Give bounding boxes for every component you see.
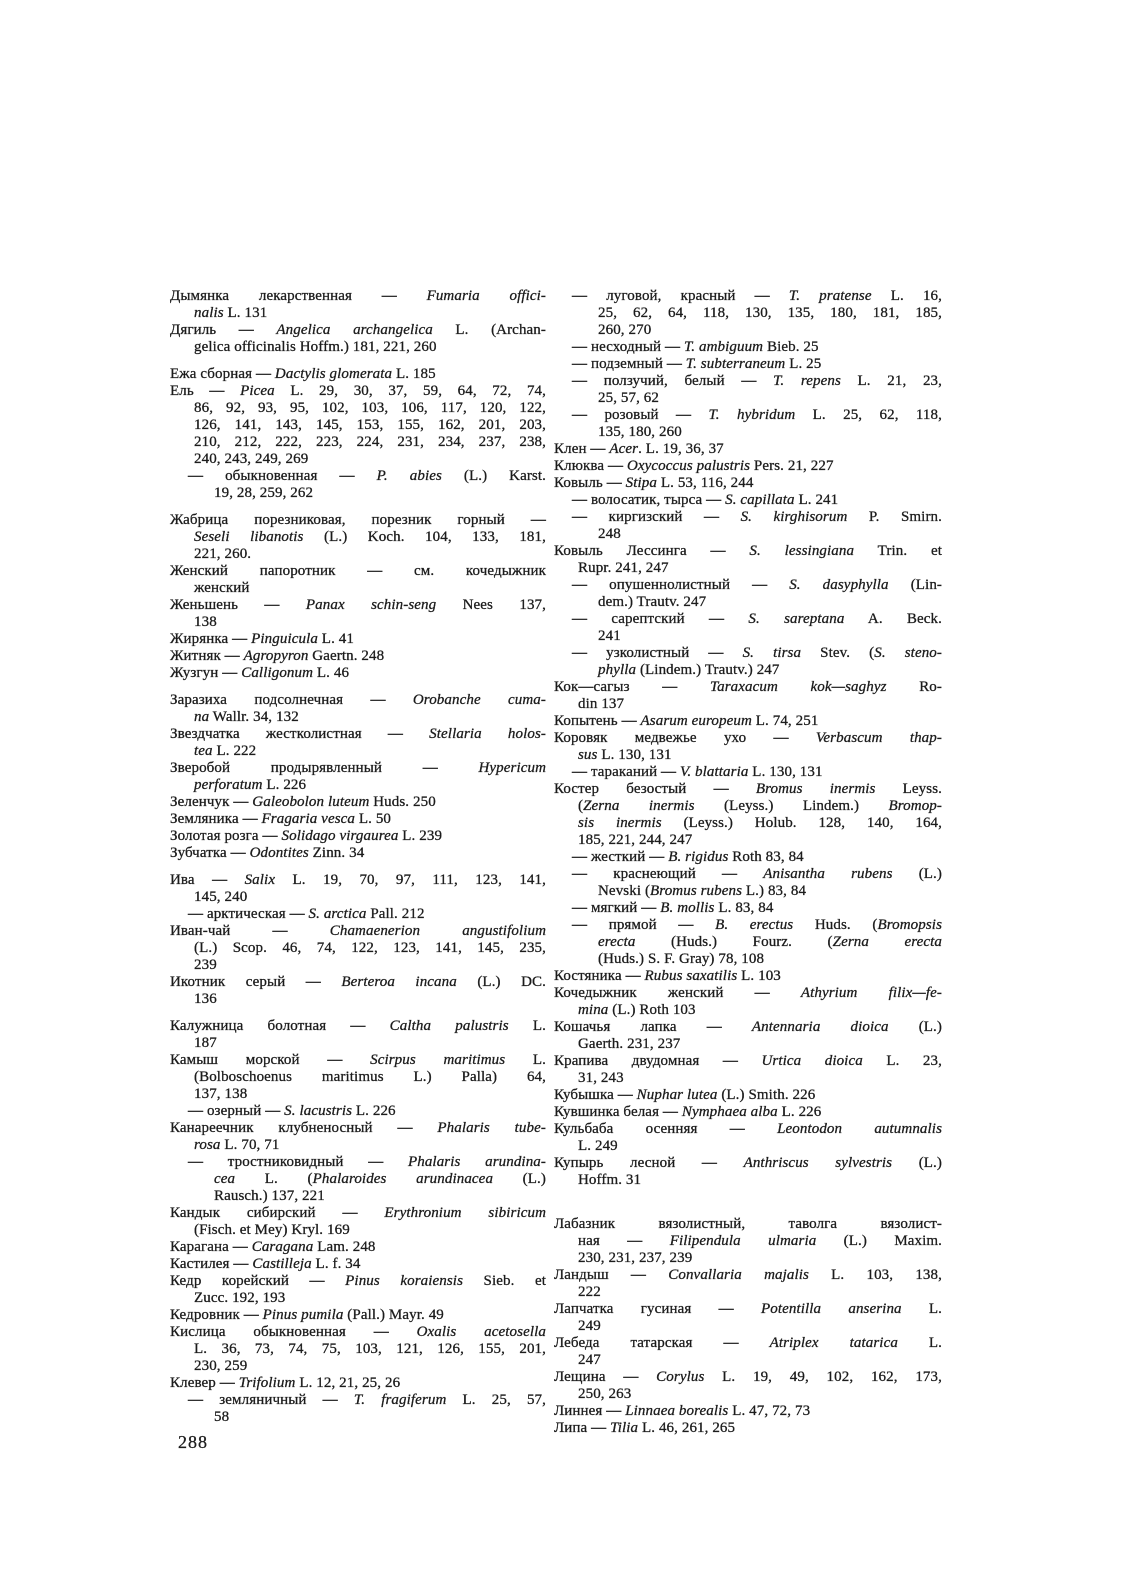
cyrillic-text: Клен — <box>554 441 609 457</box>
cyrillic-text: (Lindem.) Trautv.) 247 <box>636 662 779 678</box>
index-entry-line: Клюква — Oxycoccus palustris Pers. 21, 2… <box>554 458 942 475</box>
cyrillic-text: Клюква — <box>554 458 627 474</box>
index-subentry-line: — узколистный — S. tirsa Stev. (S. steno… <box>554 645 942 662</box>
latin-name-text: nalis <box>194 305 224 321</box>
cyrillic-text: Ковыль — <box>554 475 626 491</box>
cyrillic-text: — прямой — <box>572 917 715 933</box>
cyrillic-text: (Huds.) Fourz. ( <box>636 934 833 950</box>
cyrillic-text: 230, 231, 237, 239 <box>578 1250 692 1266</box>
index-column-left: Дымянка лекарственная — Fumaria offici-n… <box>170 288 546 1437</box>
index-subentry-continuation-line: 58 <box>170 1409 546 1426</box>
cyrillic-text: L. 25, 57, <box>446 1392 546 1408</box>
cyrillic-text: L. 131 <box>224 305 268 321</box>
index-entry-line: Ежа сборная — Dactylis glomerata L. 185 <box>170 366 546 383</box>
cyrillic-text: 239 <box>194 957 217 973</box>
cyrillic-text: (Leyss.) Holub. 128, 140, 164, <box>662 815 942 831</box>
cyrillic-text: gelica officinalis Hoffm.) 181, 221, 260 <box>194 339 437 355</box>
latin-name-text: Leontodon autumnalis <box>777 1121 942 1137</box>
cyrillic-text: (L.) Karst. <box>442 468 546 484</box>
cyrillic-text: Кульбаба осенняя — <box>554 1121 777 1137</box>
index-entry-line: Костер безостый — Bromus inermis Leyss. <box>554 781 942 798</box>
index-entry-line: Зеленчук — Galeobolon luteum Huds. 250 <box>170 794 546 811</box>
index-continuation-line: (Bolboschoenus maritimus L.) Palla) 64, <box>170 1069 546 1086</box>
index-entry-line: Камыш морской — Scirpus maritimus L. <box>170 1052 546 1069</box>
latin-name-text: Angelica archangelica <box>276 322 432 338</box>
latin-name-text: T. subterraneum <box>686 356 786 372</box>
index-continuation-line: 86, 92, 93, 95, 102, 103, 106, 117, 120,… <box>170 400 546 417</box>
index-continuation-line: ная — Filipendula ulmaria (L.) Maxim. <box>554 1233 942 1250</box>
cyrillic-text: Trin. et <box>854 543 942 559</box>
cyrillic-text: — сарептский — <box>572 611 748 627</box>
index-subentry-continuation-line: Nevski (Bromus rubens L.) 83, 84 <box>554 883 942 900</box>
index-continuation-line: 222 <box>554 1284 942 1301</box>
index-continuation-line: 247 <box>554 1352 942 1369</box>
cyrillic-text: L. 50 <box>355 811 391 827</box>
cyrillic-text: Жабрица порезниковая, порезник горный — <box>170 512 546 528</box>
index-subentry-line: — розовый — T. hybridum L. 25, 62, 118, <box>554 407 942 424</box>
index-subentry-line: — озерный — S. lacustris L. 226 <box>170 1103 546 1120</box>
index-continuation-line: tea L. 222 <box>170 743 546 760</box>
latin-name-text: Bromus rubens <box>650 883 742 899</box>
cyrillic-text: L. <box>505 1052 546 1068</box>
index-continuation-line: 230, 259 <box>170 1358 546 1375</box>
cyrillic-text: 241 <box>598 628 621 644</box>
cyrillic-text: — тростниковидный — <box>188 1154 408 1170</box>
index-entry-line: Женский папоротник — см. кочедыжник <box>170 563 546 580</box>
cyrillic-text: 86, 92, 93, 95, 102, 103, 106, 117, 120,… <box>194 400 546 416</box>
cyrillic-text: Зубчатка — <box>170 845 250 861</box>
index-continuation-line: 31, 243 <box>554 1070 942 1087</box>
cyrillic-text: Ковыль Лессинга — <box>554 543 749 559</box>
index-entry-line: Крапива двудомная — Urtica dioica L. 23, <box>554 1053 942 1070</box>
latin-name-text: Rubus saxatilis <box>645 968 738 984</box>
index-entry-line: Линнея — Linnaea borealis L. 47, 72, 73 <box>554 1403 942 1420</box>
cyrillic-text: — несходный — <box>572 339 684 355</box>
latin-name-text: erecta <box>598 934 636 950</box>
cyrillic-text: 221, 260. <box>194 546 251 562</box>
latin-name-text: Erythronium sibiricum <box>384 1205 546 1221</box>
index-continuation-line: 185, 221, 244, 247 <box>554 832 942 849</box>
cyrillic-text: (L.) <box>892 1155 942 1171</box>
cyrillic-text: Ива — <box>170 872 245 888</box>
latin-name-text: mina <box>578 1002 608 1018</box>
cyrillic-text: 222 <box>578 1284 601 1300</box>
cyrillic-text: L. 36, 73, 74, 75, 103, 121, 126, 155, 2… <box>194 1341 546 1357</box>
index-continuation-line: sus L. 130, 131 <box>554 747 942 764</box>
index-entry-line: Ива — Salix L. 19, 70, 97, 111, 123, 141… <box>170 872 546 889</box>
index-subentry-continuation-line: 25, 62, 64, 118, 130, 135, 180, 181, 185… <box>554 305 942 322</box>
cyrillic-text: L. <box>898 1335 942 1351</box>
cyrillic-text: Купырь лесной — <box>554 1155 744 1171</box>
cyrillic-text: 25, 57, 62 <box>598 390 659 406</box>
cyrillic-text: (Pall.) Mayr. 49 <box>343 1307 443 1323</box>
cyrillic-text: Земляника — <box>170 811 262 827</box>
index-subentry-line: — тараканий — V. blattaria L. 130, 131 <box>554 764 942 781</box>
index-continuation-line: 249 <box>554 1318 942 1335</box>
cyrillic-text: — киргизский — <box>572 509 741 525</box>
latin-name-text: Verbascum thap- <box>816 730 942 746</box>
cyrillic-text: Женский папоротник — см. кочедыжник <box>170 563 546 579</box>
cyrillic-text: (Bolboschoenus maritimus L.) Palla) 64, <box>194 1069 546 1085</box>
index-entry-line: Золотая розга — Solidago virgaurea L. 23… <box>170 828 546 845</box>
cyrillic-text: L. 47, 72, 73 <box>728 1403 810 1419</box>
index-continuation-line: 240, 243, 249, 269 <box>170 451 546 468</box>
index-subentry-line: — краснеющий — Anisantha rubens (L.) <box>554 866 942 883</box>
index-continuation-line: Zucc. 192, 193 <box>170 1290 546 1307</box>
cyrillic-text: Lam. 248 <box>313 1239 375 1255</box>
cyrillic-text: L. 70, 71 <box>221 1137 280 1153</box>
index-continuation-line: rosa L. 70, 71 <box>170 1137 546 1154</box>
index-continuation-line: L. 36, 73, 74, 75, 103, 121, 126, 155, 2… <box>170 1341 546 1358</box>
index-subentry-continuation-line: phylla (Lindem.) Trautv.) 247 <box>554 662 942 679</box>
cyrillic-text: Иван-чай — <box>170 923 330 939</box>
latin-name-text: Seseli libanotis <box>194 529 304 545</box>
cyrillic-text: Канареечник клубненосный — <box>170 1120 437 1136</box>
cyrillic-text: L. 226 <box>778 1104 822 1120</box>
cyrillic-text: L. 222 <box>213 743 257 759</box>
index-subentry-line: — киргизский — S. kirghisorum P. Smirn. <box>554 509 942 526</box>
latin-name-text: P. abies <box>377 468 442 484</box>
latin-name-text: Zerna erecta <box>833 934 942 950</box>
latin-name-text: Caltha palustris <box>390 1018 509 1034</box>
latin-name-text: S. sareptana <box>748 611 844 627</box>
latin-name-text: Anthriscus sylvestris <box>744 1155 893 1171</box>
latin-name-text: Phalaris arundina- <box>408 1154 546 1170</box>
cyrillic-text: Rupr. 241, 247 <box>578 560 669 576</box>
cyrillic-text: Копытень — <box>554 713 641 729</box>
cyrillic-text: Кубышка — <box>554 1087 637 1103</box>
index-entry-line: Купырь лесной — Anthriscus sylvestris (L… <box>554 1155 942 1172</box>
cyrillic-text: Звездчатка жестколистная — <box>170 726 429 742</box>
index-subentry-continuation-line: 25, 57, 62 <box>554 390 942 407</box>
index-entry-line: Звездчатка жестколистная — Stellaria hol… <box>170 726 546 743</box>
cyrillic-text: Huds. ( <box>793 917 877 933</box>
index-entry-line: Ковыль — Stipa L. 53, 116, 244 <box>554 475 942 492</box>
latin-name-text: Athyrium filix—fe- <box>801 985 942 1001</box>
cyrillic-text: din 137 <box>578 696 624 712</box>
cyrillic-text: L. 29, 30, 37, 59, 64, 72, 74, <box>275 383 546 399</box>
cyrillic-text: Wallr. 34, 132 <box>209 709 299 725</box>
index-subentry-line: — тростниковидный — Phalaris arundina- <box>170 1154 546 1171</box>
latin-name-text: sis inermis <box>578 815 662 831</box>
latin-name-text: Linnaea borealis <box>625 1403 728 1419</box>
index-entry-line: Клевер — Trifolium L. 12, 21, 25, 26 <box>170 1375 546 1392</box>
latin-name-text: S. arctica <box>309 906 367 922</box>
cyrillic-text: Зеленчук — <box>170 794 252 810</box>
latin-name-text: Pinus pumila <box>263 1307 344 1323</box>
cyrillic-text: Коровяк медвежье ухо — <box>554 730 816 746</box>
latin-name-text: Oxycoccus palustris <box>627 458 750 474</box>
latin-name-text: perforatum <box>194 777 263 793</box>
index-subentry-line: — земляничный — T. fragiferum L. 25, 57, <box>170 1392 546 1409</box>
index-entry-line: Земляника — Fragaria vesca L. 50 <box>170 811 546 828</box>
cyrillic-text: L. 130, 131 <box>597 747 671 763</box>
index-continuation-line: 239 <box>170 957 546 974</box>
index-subentry-line: — луговой, красный — T. pratense L. 16, <box>554 288 942 305</box>
cyrillic-text: Кедр корейский — <box>170 1273 345 1289</box>
cyrillic-text: L. f. 34 <box>312 1256 361 1272</box>
cyrillic-text: Hoffm. 31 <box>578 1172 641 1188</box>
cyrillic-text: 135, 180, 260 <box>598 424 682 440</box>
latin-name-text: B. erectus <box>715 917 793 933</box>
cyrillic-text: 240, 243, 249, 269 <box>194 451 308 467</box>
latin-name-text: Pinus koraiensis <box>345 1273 463 1289</box>
index-subentry-line: — опушеннолистный — S. dasyphylla (Lin- <box>554 577 942 594</box>
cyrillic-text: Клевер — <box>170 1375 239 1391</box>
index-entry-line: Кочедыжник женский — Athyrium filix—fe- <box>554 985 942 1002</box>
latin-name-text: sus <box>578 747 597 763</box>
group-gap <box>170 502 546 512</box>
latin-name-text: Fragaria vesca <box>262 811 355 827</box>
cyrillic-text: Rausch.) 137, 221 <box>214 1188 325 1204</box>
latin-name-text: S. steno- <box>874 645 942 661</box>
index-subentry-continuation-line: 19, 28, 259, 262 <box>170 485 546 502</box>
cyrillic-text: 260, 270 <box>598 322 651 338</box>
cyrillic-text: — волосатик, тырса — <box>572 492 725 508</box>
cyrillic-text: Костер безостый — <box>554 781 756 797</box>
cyrillic-text: Nees 137, <box>436 597 546 613</box>
index-entry-line: Икотник серый — Berteroa incana (L.) DC. <box>170 974 546 991</box>
latin-name-text: S. tirsa <box>743 645 802 661</box>
cyrillic-text: Bieb. 25 <box>763 339 818 355</box>
cyrillic-text: Кислица обыкновенная — <box>170 1324 417 1340</box>
cyrillic-text: L. 23, <box>863 1053 942 1069</box>
cyrillic-text: 247 <box>578 1352 601 1368</box>
cyrillic-text: L. 185 <box>392 366 436 382</box>
latin-name-text: B. mollis <box>660 900 714 916</box>
index-continuation-line: 126, 141, 143, 145, 153, 155, 162, 201, … <box>170 417 546 434</box>
index-subentry-line: — подземный — T. subterraneum L. 25 <box>554 356 942 373</box>
latin-name-text: Corylus <box>656 1369 704 1385</box>
group-gap <box>170 682 546 692</box>
cyrillic-text: Костяника — <box>554 968 645 984</box>
latin-name-text: T. fragiferum <box>354 1392 446 1408</box>
latin-name-text: S. capillata <box>725 492 795 508</box>
index-continuation-line: (Fisch. et Mey) Kryl. 169 <box>170 1222 546 1239</box>
cyrillic-text: Калужница болотная — <box>170 1018 390 1034</box>
index-continuation-line: 137, 138 <box>170 1086 546 1103</box>
cyrillic-text: — жесткий — <box>572 849 668 865</box>
latin-name-text: Calligonum <box>241 665 313 681</box>
index-continuation-line: 136 <box>170 991 546 1008</box>
cyrillic-text: (L.) <box>493 1171 546 1187</box>
cyrillic-text: . L. 19, 36, 37 <box>638 441 724 457</box>
cyrillic-text: Икотник серый — <box>170 974 341 990</box>
latin-name-text: Hypericum <box>478 760 546 776</box>
latin-name-text: Nuphar lutea <box>637 1087 718 1103</box>
index-entry-line: Клен — Acer. L. 19, 36, 37 <box>554 441 942 458</box>
cyrillic-text: Золотая розга — <box>170 828 282 844</box>
cyrillic-text: P. Smirn. <box>847 509 942 525</box>
cyrillic-text: (Leyss.) Lindem.) <box>695 798 889 814</box>
cyrillic-text: 187 <box>194 1035 217 1051</box>
group-gap <box>554 1189 942 1216</box>
cyrillic-text: 31, 243 <box>578 1070 624 1086</box>
index-entry-line: Жабрица порезниковая, порезник горный — <box>170 512 546 529</box>
cyrillic-text: L. 74, 251 <box>752 713 819 729</box>
index-entry-line: Лапчатка гусиная — Potentilla anserina L… <box>554 1301 942 1318</box>
cyrillic-text: L. 46 <box>313 665 349 681</box>
index-continuation-line: Gaerth. 231, 237 <box>554 1036 942 1053</box>
index-continuation-line: na Wallr. 34, 132 <box>170 709 546 726</box>
cyrillic-text: L. (Archan- <box>433 322 546 338</box>
cyrillic-text: (Fisch. et Mey) Kryl. 169 <box>194 1222 350 1238</box>
index-entry-line: Лабазник вязолистный, таволга вязолист- <box>554 1216 942 1233</box>
index-entry-line: Кульбаба осенняя — Leontodon autumnalis <box>554 1121 942 1138</box>
latin-name-text: Stellaria holos- <box>429 726 546 742</box>
cyrillic-text: L. 21, 23, <box>841 373 942 389</box>
cyrillic-text: (L.) <box>893 866 942 882</box>
cyrillic-text: 185, 221, 244, 247 <box>578 832 692 848</box>
cyrillic-text: Ландыш — <box>554 1267 668 1283</box>
cyrillic-text: Дымянка лекарственная — <box>170 288 427 304</box>
cyrillic-text: L. 226 <box>352 1103 396 1119</box>
latin-name-text: S. kirghisorum <box>741 509 848 525</box>
latin-name-text: Antennaria dioica <box>752 1019 889 1035</box>
cyrillic-text: L. 46, 261, 265 <box>638 1420 735 1436</box>
latin-name-text: Caragana <box>252 1239 314 1255</box>
cyrillic-text: Nevski ( <box>598 883 650 899</box>
index-entry-line: Калужница болотная — Caltha palustris L. <box>170 1018 546 1035</box>
index-subentry-line: — арктическая — S. arctica Pall. 212 <box>170 906 546 923</box>
cyrillic-text: 126, 141, 143, 145, 153, 155, 162, 201, … <box>194 417 546 433</box>
latin-name-text: Salix <box>245 872 276 888</box>
index-subentry-line: — сарептский — S. sareptana A. Beck. <box>554 611 942 628</box>
latin-name-text: Bromopsis <box>877 917 942 933</box>
latin-name-text: Pinguicula <box>251 631 318 647</box>
cyrillic-text: 145, 240 <box>194 889 247 905</box>
cyrillic-text: L. 83, 84 <box>715 900 774 916</box>
latin-name-text: Phalaroides arundinacea <box>313 1171 493 1187</box>
index-continuation-line: 230, 231, 237, 239 <box>554 1250 942 1267</box>
latin-name-text: Taraxacum kok—saghyz <box>710 679 887 695</box>
cyrillic-text: Кедровник — <box>170 1307 263 1323</box>
cyrillic-text: Карагана — <box>170 1239 252 1255</box>
cyrillic-text: L. <box>902 1301 942 1317</box>
page-number: 288 <box>178 1432 208 1453</box>
index-continuation-line: 221, 260. <box>170 546 546 563</box>
latin-name-text: Orobanche cuma- <box>413 692 546 708</box>
index-entry-line: Зверобой продырявленный — Hypericum <box>170 760 546 777</box>
cyrillic-text: L. 103 <box>737 968 781 984</box>
book-page: Дымянка лекарственная — Fumaria offici-n… <box>0 0 1124 1593</box>
cyrillic-text: Кок—сагыз — <box>554 679 710 695</box>
cyrillic-text: dem.) Trautv. 247 <box>598 594 706 610</box>
cyrillic-text: Sieb. et <box>463 1273 546 1289</box>
cyrillic-text: Лабазник вязолистный, таволга вязолист- <box>554 1216 942 1232</box>
cyrillic-text: Жирянка — <box>170 631 251 647</box>
index-entry-line: Ель — Picea L. 29, 30, 37, 59, 64, 72, 7… <box>170 383 546 400</box>
latin-name-text: S. lacustris <box>284 1103 352 1119</box>
latin-name-text: phylla <box>598 662 636 678</box>
index-subentry-line: — жесткий — B. rigidus Roth 83, 84 <box>554 849 942 866</box>
group-gap <box>170 356 546 366</box>
cyrillic-text: Зверобой продырявленный — <box>170 760 478 776</box>
cyrillic-text: Крапива двудомная — <box>554 1053 761 1069</box>
cyrillic-text: Лапчатка гусиная — <box>554 1301 761 1317</box>
cyrillic-text: Лебеда татарская — <box>554 1335 770 1351</box>
cyrillic-text: Линнея — <box>554 1403 625 1419</box>
cyrillic-text: (Huds.) S. F. Gray) 78, 108 <box>598 951 764 967</box>
group-gap <box>170 862 546 872</box>
cyrillic-text: (Lin- <box>889 577 942 593</box>
cyrillic-text: L. 41 <box>318 631 354 647</box>
cyrillic-text: — обыкновенная — <box>188 468 377 484</box>
latin-name-text: Convallaria majalis <box>668 1267 809 1283</box>
cyrillic-text: — ползучий, белый — <box>572 373 773 389</box>
latin-name-text: na <box>194 709 209 725</box>
index-subentry-line: — мягкий — B. mollis L. 83, 84 <box>554 900 942 917</box>
cyrillic-text: L. 130, 131 <box>748 764 822 780</box>
cyrillic-text: 248 <box>598 526 621 542</box>
latin-name-text: Fumaria offici- <box>427 288 546 304</box>
cyrillic-text: (L.) Koch. 104, 133, 181, <box>304 529 547 545</box>
index-continuation-line: 138 <box>170 614 546 631</box>
cyrillic-text: 250, 263 <box>578 1386 631 1402</box>
latin-name-text: Zerna inermis <box>583 798 694 814</box>
cyrillic-text: Житняк — <box>170 648 244 664</box>
index-continuation-line: 145, 240 <box>170 889 546 906</box>
index-continuation-line: L. 249 <box>554 1138 942 1155</box>
latin-name-text: Filipendula ulmaria <box>670 1233 817 1249</box>
cyrillic-text: Камыш морской — <box>170 1052 370 1068</box>
cyrillic-text: Ro- <box>887 679 942 695</box>
latin-name-text: Chamaenerion angustifolium <box>330 923 546 939</box>
cyrillic-text: 19, 28, 259, 262 <box>214 485 313 501</box>
latin-name-text: Acer <box>609 441 638 457</box>
cyrillic-text: Дягиль — <box>170 322 276 338</box>
cyrillic-text: L. 103, 138, <box>809 1267 942 1283</box>
cyrillic-text: Zucc. 192, 193 <box>194 1290 285 1306</box>
index-entry-line: Кислица обыкновенная — Oxalis acetosella <box>170 1324 546 1341</box>
index-entry-line: Женьшень — Panax schin-seng Nees 137, <box>170 597 546 614</box>
index-entry-line: Кедровник — Pinus pumila (Pall.) Mayr. 4… <box>170 1307 546 1324</box>
index-entry-line: Копытень — Asarum europeum L. 74, 251 <box>554 713 942 730</box>
index-subentry-continuation-line: cea L. (Phalaroides arundinacea (L.) <box>170 1171 546 1188</box>
latin-name-text: T. pratense <box>789 288 872 304</box>
cyrillic-text: Лещина — <box>554 1369 656 1385</box>
index-continuation-line: sis inermis (Leyss.) Holub. 128, 140, 16… <box>554 815 942 832</box>
latin-name-text: cea <box>214 1171 235 1187</box>
index-continuation-line: женский <box>170 580 546 597</box>
cyrillic-text: L. 25, 62, 118, <box>795 407 942 423</box>
index-entry-line: Кандык сибирский — Erythronium sibiricum <box>170 1205 546 1222</box>
cyrillic-text: Ежа сборная — <box>170 366 275 382</box>
latin-name-text: Phalaris tube- <box>437 1120 546 1136</box>
cyrillic-text: L. 12, 21, 25, 26 <box>295 1375 400 1391</box>
cyrillic-text: — опушеннолистный — <box>572 577 789 593</box>
latin-name-text: B. rigidus <box>668 849 728 865</box>
cyrillic-text: L. 16, <box>872 288 942 304</box>
index-continuation-line: Seseli libanotis (L.) Koch. 104, 133, 18… <box>170 529 546 546</box>
cyrillic-text: A. Beck. <box>844 611 942 627</box>
index-entry-line: Житняк — Agropyron Gaertn. 248 <box>170 648 546 665</box>
cyrillic-text: Кандык сибирский — <box>170 1205 384 1221</box>
cyrillic-text: Кошачья лапка — <box>554 1019 752 1035</box>
index-text-block: Дымянка лекарственная — Fumaria offici-n… <box>170 288 942 1437</box>
index-continuation-line: Rupr. 241, 247 <box>554 560 942 577</box>
index-entry-line: Кастилея — Castilleja L. f. 34 <box>170 1256 546 1273</box>
index-entry-line: Дягиль — Angelica archangelica L. (Archa… <box>170 322 546 339</box>
latin-name-text: T. repens <box>773 373 841 389</box>
index-entry-line: Ландыш — Convallaria majalis L. 103, 138… <box>554 1267 942 1284</box>
cyrillic-text: 138 <box>194 614 217 630</box>
index-entry-line: Заразиха подсолнечная — Orobanche cuma- <box>170 692 546 709</box>
latin-name-text: Castilleja <box>252 1256 311 1272</box>
cyrillic-text: L. 249 <box>578 1138 618 1154</box>
latin-name-text: Urtica dioica <box>761 1053 862 1069</box>
latin-name-text: Bromop- <box>889 798 942 814</box>
